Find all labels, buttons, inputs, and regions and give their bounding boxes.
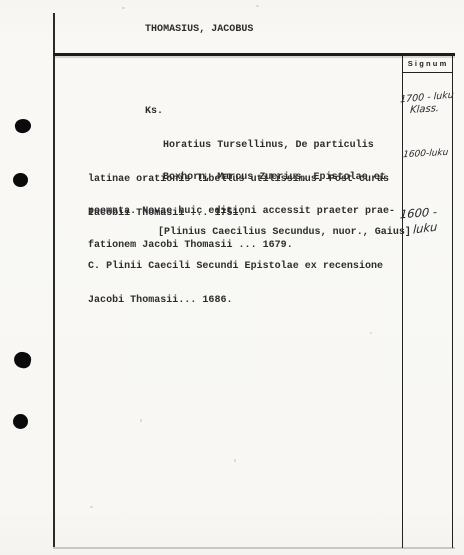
punch-hole-dot	[13, 414, 28, 429]
punch-hole-dot	[14, 117, 33, 134]
signum-column-right-rule	[452, 55, 454, 548]
bottom-edge-rule	[53, 547, 455, 549]
scan-speck	[90, 506, 93, 508]
signum-header-underline	[402, 72, 454, 74]
entry-line: Ks.	[145, 106, 428, 117]
punch-hole-dot	[13, 173, 28, 187]
header-rule	[53, 53, 455, 56]
entry-line: Boxhorn, Marcus Zuerius, Epistolae et	[163, 172, 428, 183]
scan-speck	[234, 459, 236, 462]
catalog-entry-plinius: [Plinius Caecilius Secundus, nuor., Gaiu…	[88, 204, 428, 329]
entry-line: C. Plinii Caecili Secundi Epistolae ex r…	[88, 261, 428, 272]
punch-hole-dot	[13, 350, 33, 369]
scan-speck	[122, 7, 125, 9]
entry-line: [Plinius Caecilius Secundus, nuor., Gaiu…	[158, 227, 428, 238]
left-margin-rule	[53, 13, 55, 548]
scan-speck	[140, 419, 142, 422]
scan-speck	[370, 332, 372, 334]
entry-line: Jacobi Thomasii... 1686.	[88, 295, 428, 306]
card-heading-author: THOMASIUS, JACOBUS	[145, 24, 253, 35]
scan-speck	[256, 5, 259, 7]
catalog-card: THOMASIUS, JACOBUS Signum 1700 - luku Kl…	[0, 0, 464, 555]
signum-column-label: Signum	[402, 59, 452, 68]
